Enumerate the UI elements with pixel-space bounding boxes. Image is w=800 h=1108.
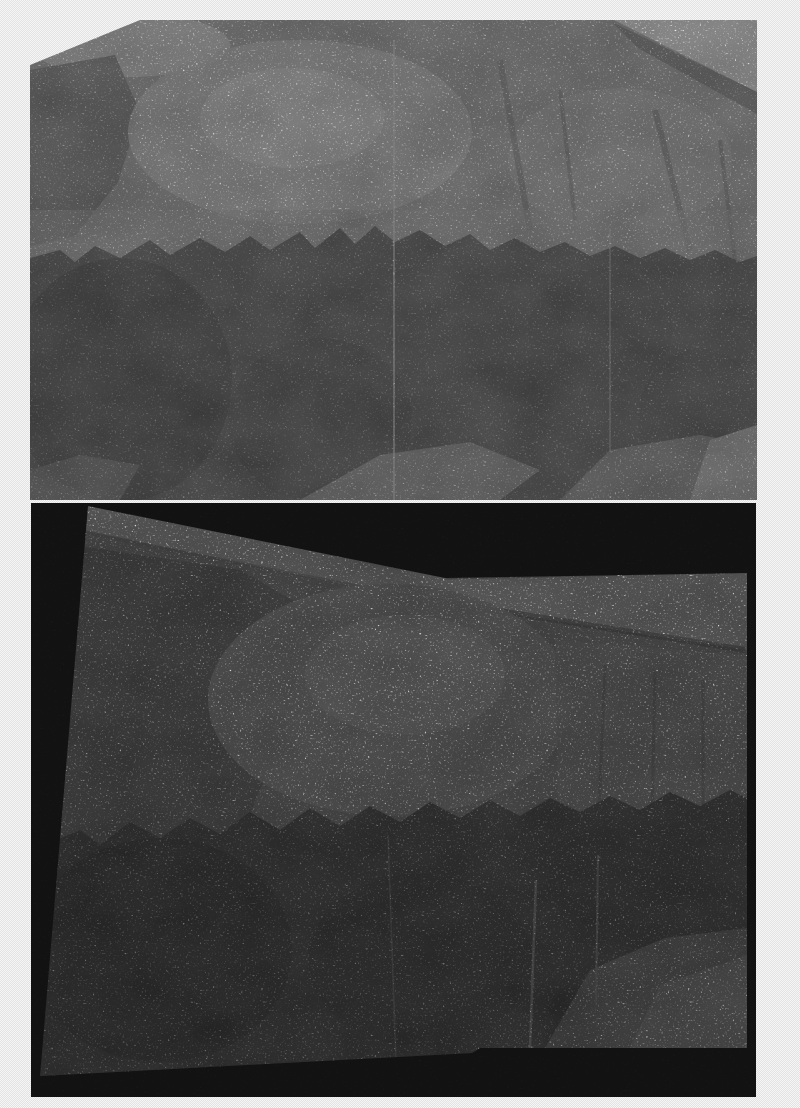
scanned-page <box>0 0 800 1108</box>
figures-canvas <box>0 0 800 1108</box>
pano-dither-grain <box>30 20 757 500</box>
figure-panorama-original <box>8 13 762 502</box>
warp-frame-grain <box>31 503 756 1097</box>
figure-panorama-warped <box>28 503 756 1097</box>
